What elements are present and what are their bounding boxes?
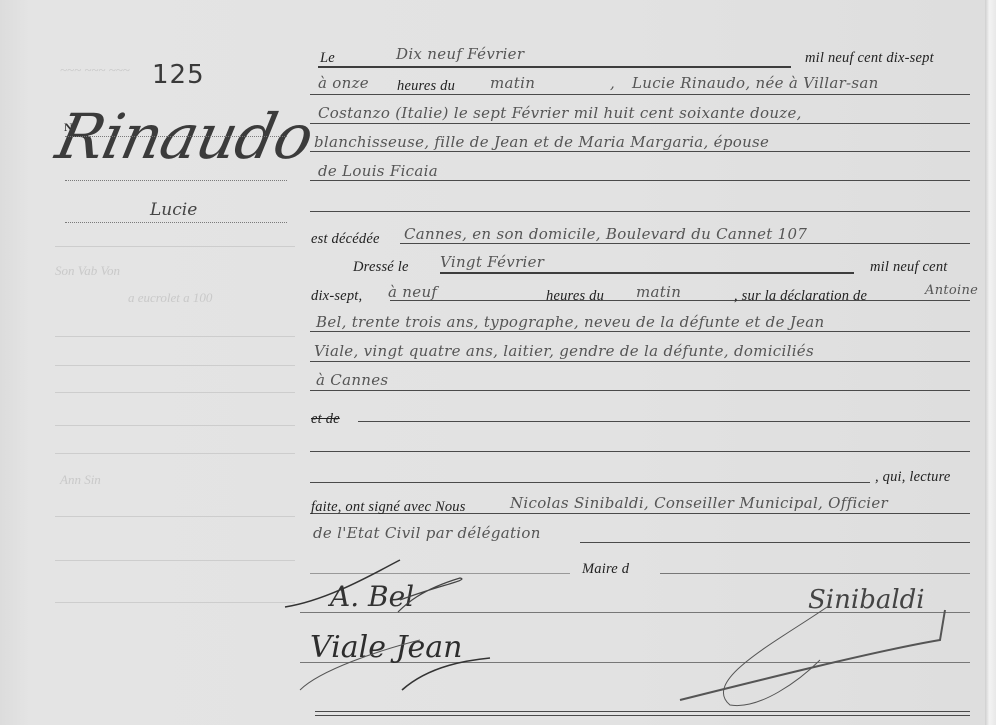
officer-identity: Nicolas Sinibaldi, Conseiller Municipal,… [510, 494, 888, 512]
bleed-through-text: Ann Sin [60, 472, 101, 488]
register-page: ~~~ ~~~ ~~~ Son Vab Von a eucrolet a 100… [0, 0, 985, 725]
occupation-parents: blanchisseuse, fille de Jean et de Maria… [314, 133, 769, 151]
printed-maire: Maire d [582, 561, 629, 578]
printed-dix-sept: dix-sept, [311, 288, 362, 305]
text-line [310, 151, 970, 152]
text-line [310, 331, 970, 332]
signature-officer: Sinibaldi [808, 585, 925, 615]
deceased-given-name: Lucie [150, 200, 197, 220]
registration-hour: à neuf [388, 283, 437, 301]
printed-dresse-le: Dressé le [353, 259, 409, 276]
registration-date: Vingt Février [440, 253, 544, 271]
date-line [440, 272, 854, 274]
registration-period: matin [636, 283, 681, 301]
surname-guide-line [65, 180, 287, 181]
bleed-through-line [55, 365, 295, 366]
declarants-residence: à Cannes [316, 371, 388, 389]
bleed-through-line [55, 602, 295, 603]
text-line [310, 123, 970, 124]
date-line [318, 66, 791, 68]
signature-line [315, 715, 970, 716]
printed-ont-signe: faite, ont signé avec Nous [311, 499, 466, 516]
text-line [310, 180, 970, 181]
printed-mil-neuf-cent: mil neuf cent [870, 259, 948, 276]
death-period: matin [490, 74, 535, 92]
act-number: 125 [152, 60, 205, 90]
declarant-first-name: Antoine [925, 283, 978, 298]
birth-details: Costanzo (Italie) le sept Février mil hu… [318, 104, 802, 122]
signature-declarant-2: Viale Jean [310, 630, 463, 665]
printed-heures-du: heures du [397, 78, 455, 95]
text-line [310, 390, 970, 391]
text-line [400, 243, 970, 244]
text-line [358, 421, 970, 422]
bleed-through-line [55, 516, 295, 517]
declarants-text: Bel, trente trois ans, typographe, neveu… [316, 313, 825, 331]
bleed-through-line [55, 392, 295, 393]
bleed-through-line [55, 246, 295, 247]
surname-guide-line [65, 136, 287, 137]
bleed-through-text: a eucrolet a 100 [128, 290, 212, 306]
signature-line [660, 573, 970, 574]
signature-line [315, 711, 970, 712]
declarants-text: Viale, vingt quatre ans, laitier, gendre… [314, 342, 814, 360]
printed-est-decedee: est décédée [311, 231, 380, 248]
text-line [310, 211, 970, 212]
printed-year: mil neuf cent dix-sept [805, 50, 934, 67]
bleed-through-line [55, 560, 295, 561]
printed-qui-lecture: , qui, lecture [875, 469, 951, 486]
printed-heures-du: heures du [546, 288, 604, 305]
officer-delegation: de l'Etat Civil par délégation [313, 524, 541, 542]
death-date: Dix neuf Février [396, 45, 524, 63]
text-line [310, 482, 870, 483]
signature-line [310, 573, 570, 574]
death-place: Cannes, en son domicile, Boulevard du Ca… [404, 225, 807, 243]
printed-et-de-struck: et de [311, 411, 340, 428]
bleed-through-text: Son Vab Von [55, 263, 120, 279]
text-line [310, 361, 970, 362]
printed-le: Le [320, 50, 335, 67]
bleed-through-line [55, 425, 295, 426]
bleed-through-line [55, 453, 295, 454]
given-name-guide-line [65, 222, 287, 223]
text-line [580, 542, 970, 543]
bleed-through-line [55, 336, 295, 337]
spouse: de Louis Ficaia [318, 162, 438, 180]
death-hour: à onze [318, 74, 369, 92]
book-spine [985, 0, 996, 725]
deceased-identity: Lucie Rinaudo, née à Villar-san [632, 74, 879, 92]
bleed-through-text: ~~~ ~~~ ~~~ [60, 62, 130, 78]
printed-declaration: , sur la déclaration de [734, 288, 867, 305]
signature-declarant-1: A. Bel [330, 580, 414, 613]
text-line [310, 451, 970, 452]
handwritten-text: , [610, 74, 615, 92]
